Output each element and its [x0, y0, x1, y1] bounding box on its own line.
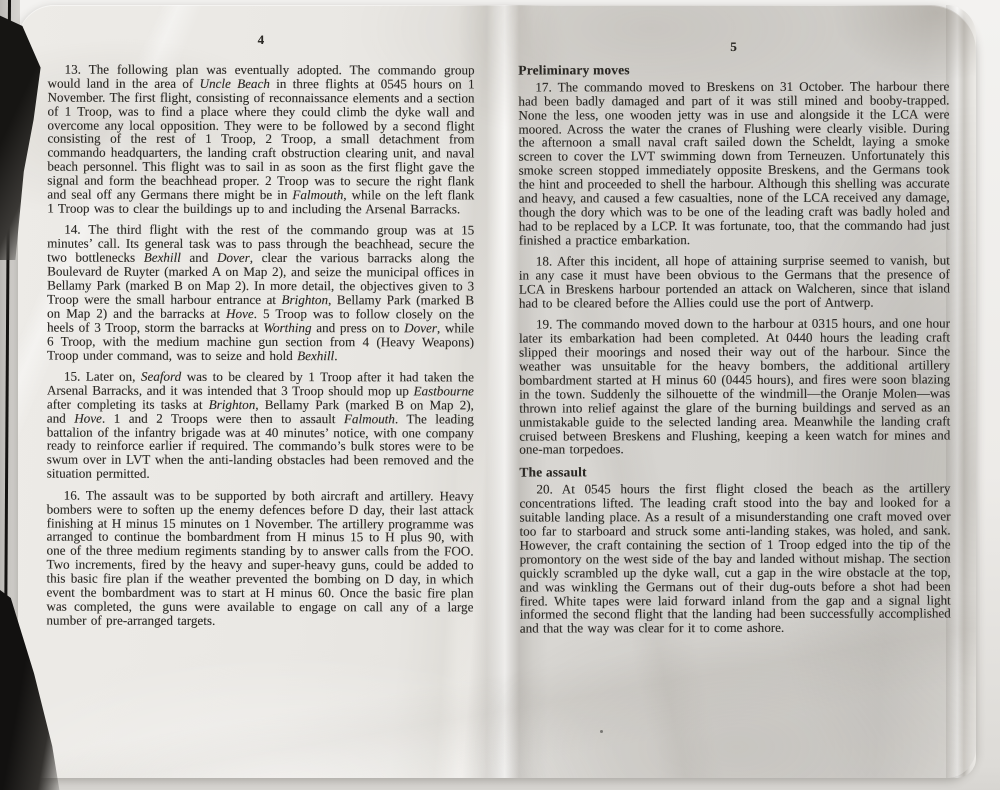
italic-place-name: Hove: [226, 306, 254, 321]
book-scan: 4 13. The following plan was eventually …: [0, 0, 1000, 790]
italic-place-name: Bexhill: [297, 348, 334, 363]
body-text: 15. Later on,: [64, 369, 141, 384]
page-5-content: Preliminary moves17. The commando moved …: [518, 62, 950, 635]
italic-place-name: Falmouth: [292, 187, 343, 202]
body-text: 16. The assault was to be supported by b…: [46, 487, 473, 627]
paragraph: 16. The assault was to be supported by b…: [46, 488, 473, 628]
italic-place-name: Seaford: [141, 369, 181, 384]
body-text: .: [334, 348, 337, 363]
paragraph: 18. After this incident, all hope of att…: [519, 254, 950, 311]
paragraph: 14. The third flight with the rest of th…: [47, 223, 474, 363]
page-5: 5 Preliminary moves17. The commando move…: [518, 39, 951, 635]
paragraph: 20. At 0545 hours the first flight close…: [519, 482, 950, 636]
paragraph: 15. Later on, Seaford was to be cleared …: [47, 369, 474, 481]
page-4-content: 13. The following plan was eventually ad…: [46, 62, 474, 628]
section-heading: Preliminary moves: [518, 62, 949, 77]
italic-place-name: Hove: [74, 410, 102, 425]
paper-speck: [600, 730, 603, 733]
italic-place-name: Bexhill: [144, 250, 181, 265]
page-number-right: 5: [518, 39, 949, 54]
body-text: 18. After this incident, all hope of att…: [519, 253, 950, 311]
body-text: and: [181, 250, 217, 265]
page-number-left: 4: [48, 33, 475, 48]
italic-place-name: Falmouth: [344, 411, 395, 426]
italic-place-name: Eastbourne: [413, 383, 473, 398]
body-text: and press on to: [312, 320, 405, 335]
paragraph: 13. The following plan was eventually ad…: [47, 62, 474, 216]
italic-place-name: Uncle Beach: [200, 76, 270, 91]
body-text: 20. At 0545 hours the first flight close…: [519, 481, 950, 636]
paragraph: 19. The commando moved down to the harbo…: [519, 317, 950, 457]
italic-place-name: Dover: [217, 250, 250, 265]
worn-page-edge: [946, 5, 976, 778]
body-text: 17. The commando moved to Breskens on 31…: [518, 78, 949, 247]
section-heading: The assault: [519, 465, 950, 480]
paragraph: 17. The commando moved to Breskens on 31…: [518, 79, 949, 247]
page-4: 4 13. The following plan was eventually …: [46, 33, 474, 629]
italic-place-name: Worthing: [263, 320, 311, 335]
italic-place-name: Dover: [404, 320, 437, 335]
italic-place-name: Brighton: [281, 292, 328, 307]
italic-place-name: Brighton: [209, 397, 256, 412]
body-text: in three flights at 0545 hours on 1 Nove…: [47, 76, 474, 202]
body-text: 19. The commando moved down to the harbo…: [519, 316, 950, 457]
